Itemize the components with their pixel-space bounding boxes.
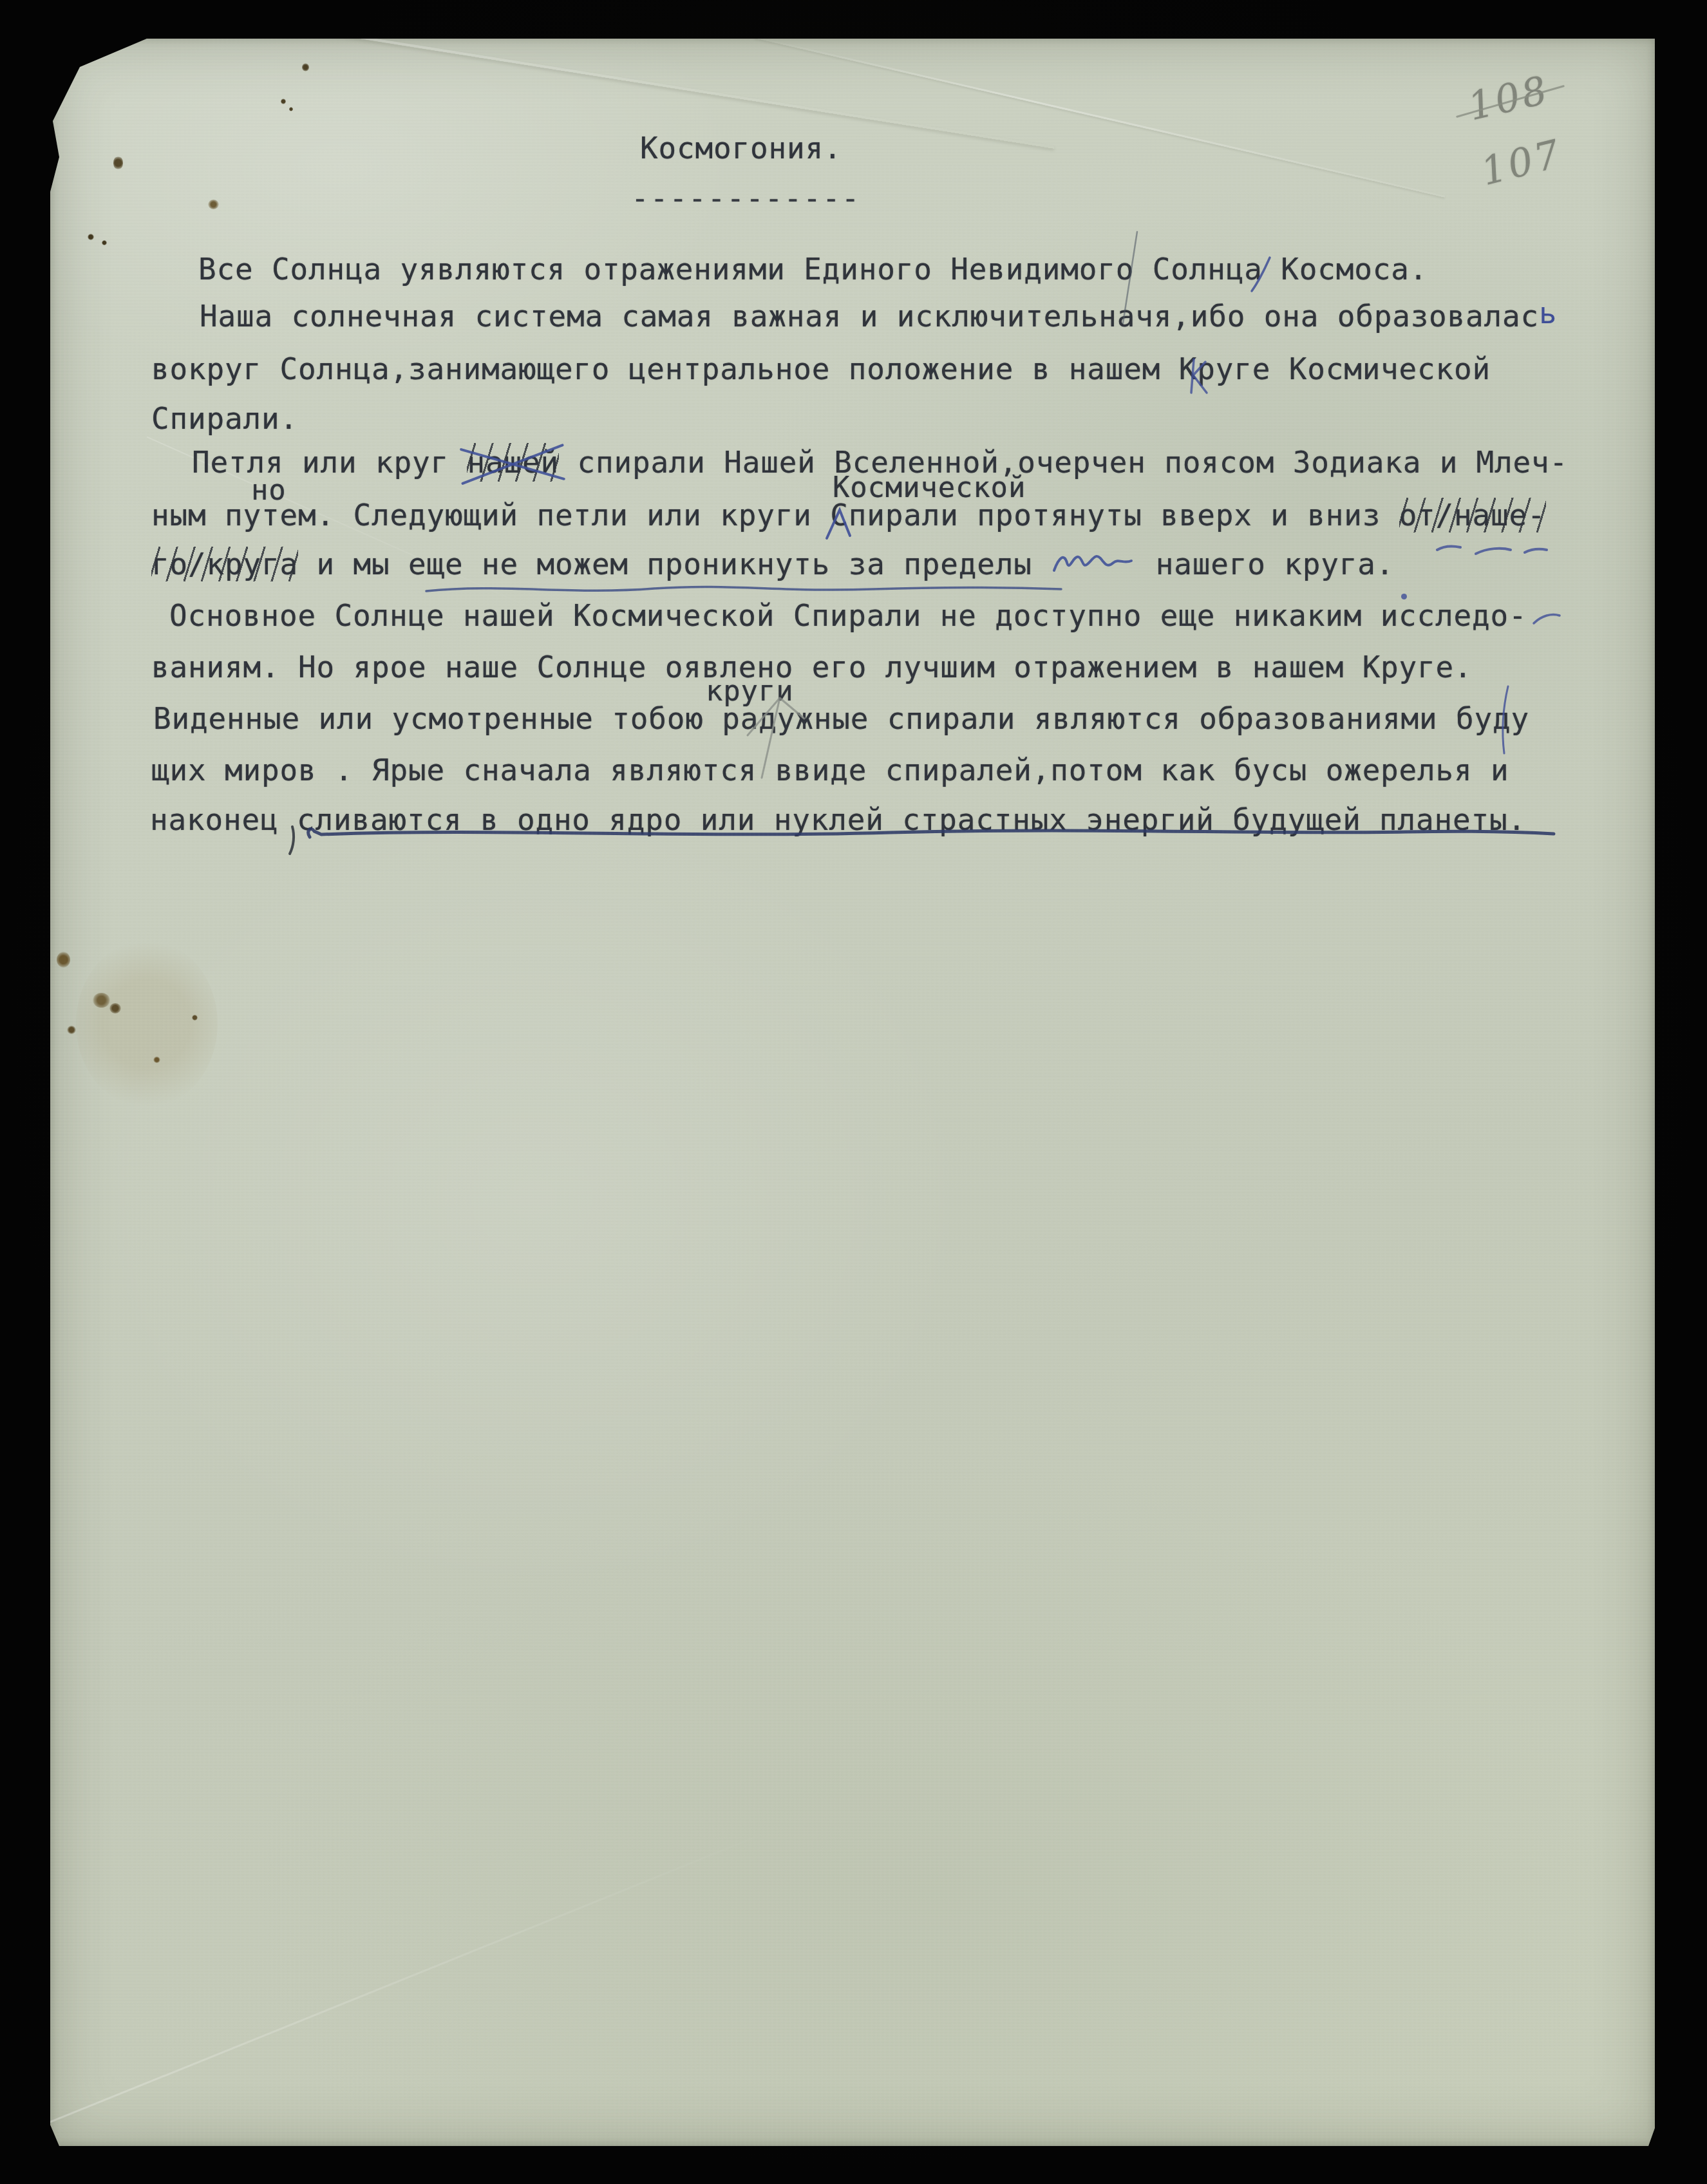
stain	[109, 1003, 121, 1013]
text-line-4: Спирали.	[151, 399, 298, 438]
text-line-6: ным путем. Следующий петли или круги Спи…	[151, 496, 1546, 534]
line-7-text-a: и мы еще не можем проникнуть за пределы	[298, 547, 1050, 581]
text-line-7: го/круга и мы еще не можем проникнуть за…	[151, 545, 1394, 583]
page-number-old: 108	[1464, 68, 1554, 130]
stain	[102, 240, 107, 245]
stain	[88, 234, 94, 240]
interlinear-insert-no: но	[251, 471, 287, 510]
stain	[289, 107, 293, 111]
line-10-text-a: Виденные или усмотренные тобою	[153, 701, 722, 736]
ink-dashes	[1435, 540, 1551, 559]
ink-scribble	[1050, 546, 1137, 579]
line-7-text-b: нашего круга.	[1137, 547, 1394, 581]
text-line-11: щих миров . Ярые сначала являются ввиде …	[151, 751, 1509, 789]
stain	[57, 952, 70, 968]
stain	[208, 200, 219, 209]
struck-out-word: нашей	[467, 443, 558, 482]
line-2-text: Наша солнечная система самая важная и ис…	[200, 299, 1539, 334]
stain	[302, 63, 309, 71]
stain	[67, 1026, 76, 1034]
scan-background: 108 107 Космогония. ------------ Все Сол…	[0, 0, 1707, 2184]
text-line-9: ваниям. Но ярое наше Солнце оявлено его …	[151, 648, 1473, 686]
text-line-3: вокруг Солнца,занимающего центральное по…	[151, 350, 1491, 388]
text-line-2: Наша солнечная система самая важная и ис…	[200, 297, 1558, 335]
stain	[281, 99, 286, 104]
page-number-new: 107	[1476, 131, 1567, 195]
stain	[113, 156, 123, 170]
stain	[76, 940, 218, 1107]
line-10-text-b: радужные спирали являются образованиями …	[722, 701, 1529, 736]
title-underline: ------------	[631, 179, 860, 218]
stain	[192, 1015, 198, 1021]
text-line-10: Виденные или усмотренные тобою радужные …	[153, 699, 1529, 738]
stain	[153, 1057, 160, 1063]
ink-end-dash	[1531, 609, 1563, 628]
line-5-text-b: спирали Нашей Вселенной,очерчен поясом З…	[559, 445, 1568, 480]
paper-sheet: 108 107 Космогония. ------------ Все Сол…	[50, 39, 1655, 2146]
struck-out-text: от/наше-	[1399, 498, 1546, 532]
document-title: Космогония.	[640, 129, 842, 167]
text-line-1: Все Солнца уявляются отражениями Единого…	[198, 250, 1428, 288]
ink-dot	[1401, 594, 1407, 599]
line-6-text-b: Спирали протянуты вверх и вниз	[830, 498, 1399, 532]
text-line-12: наконец сливаются в одно ядро или нуклей…	[150, 800, 1526, 839]
text-line-8: Основное Солнце нашей Космической Спирал…	[169, 596, 1527, 635]
paper-crease	[0, 0, 1055, 149]
paper-crease	[3, 1827, 780, 2142]
line-5-text-a: Петля или круг	[192, 445, 467, 480]
handwritten-soft-sign: ь	[1539, 296, 1558, 330]
stain	[93, 993, 110, 1008]
struck-out-text: го/круга	[151, 547, 298, 581]
paper-crease	[755, 36, 1445, 197]
